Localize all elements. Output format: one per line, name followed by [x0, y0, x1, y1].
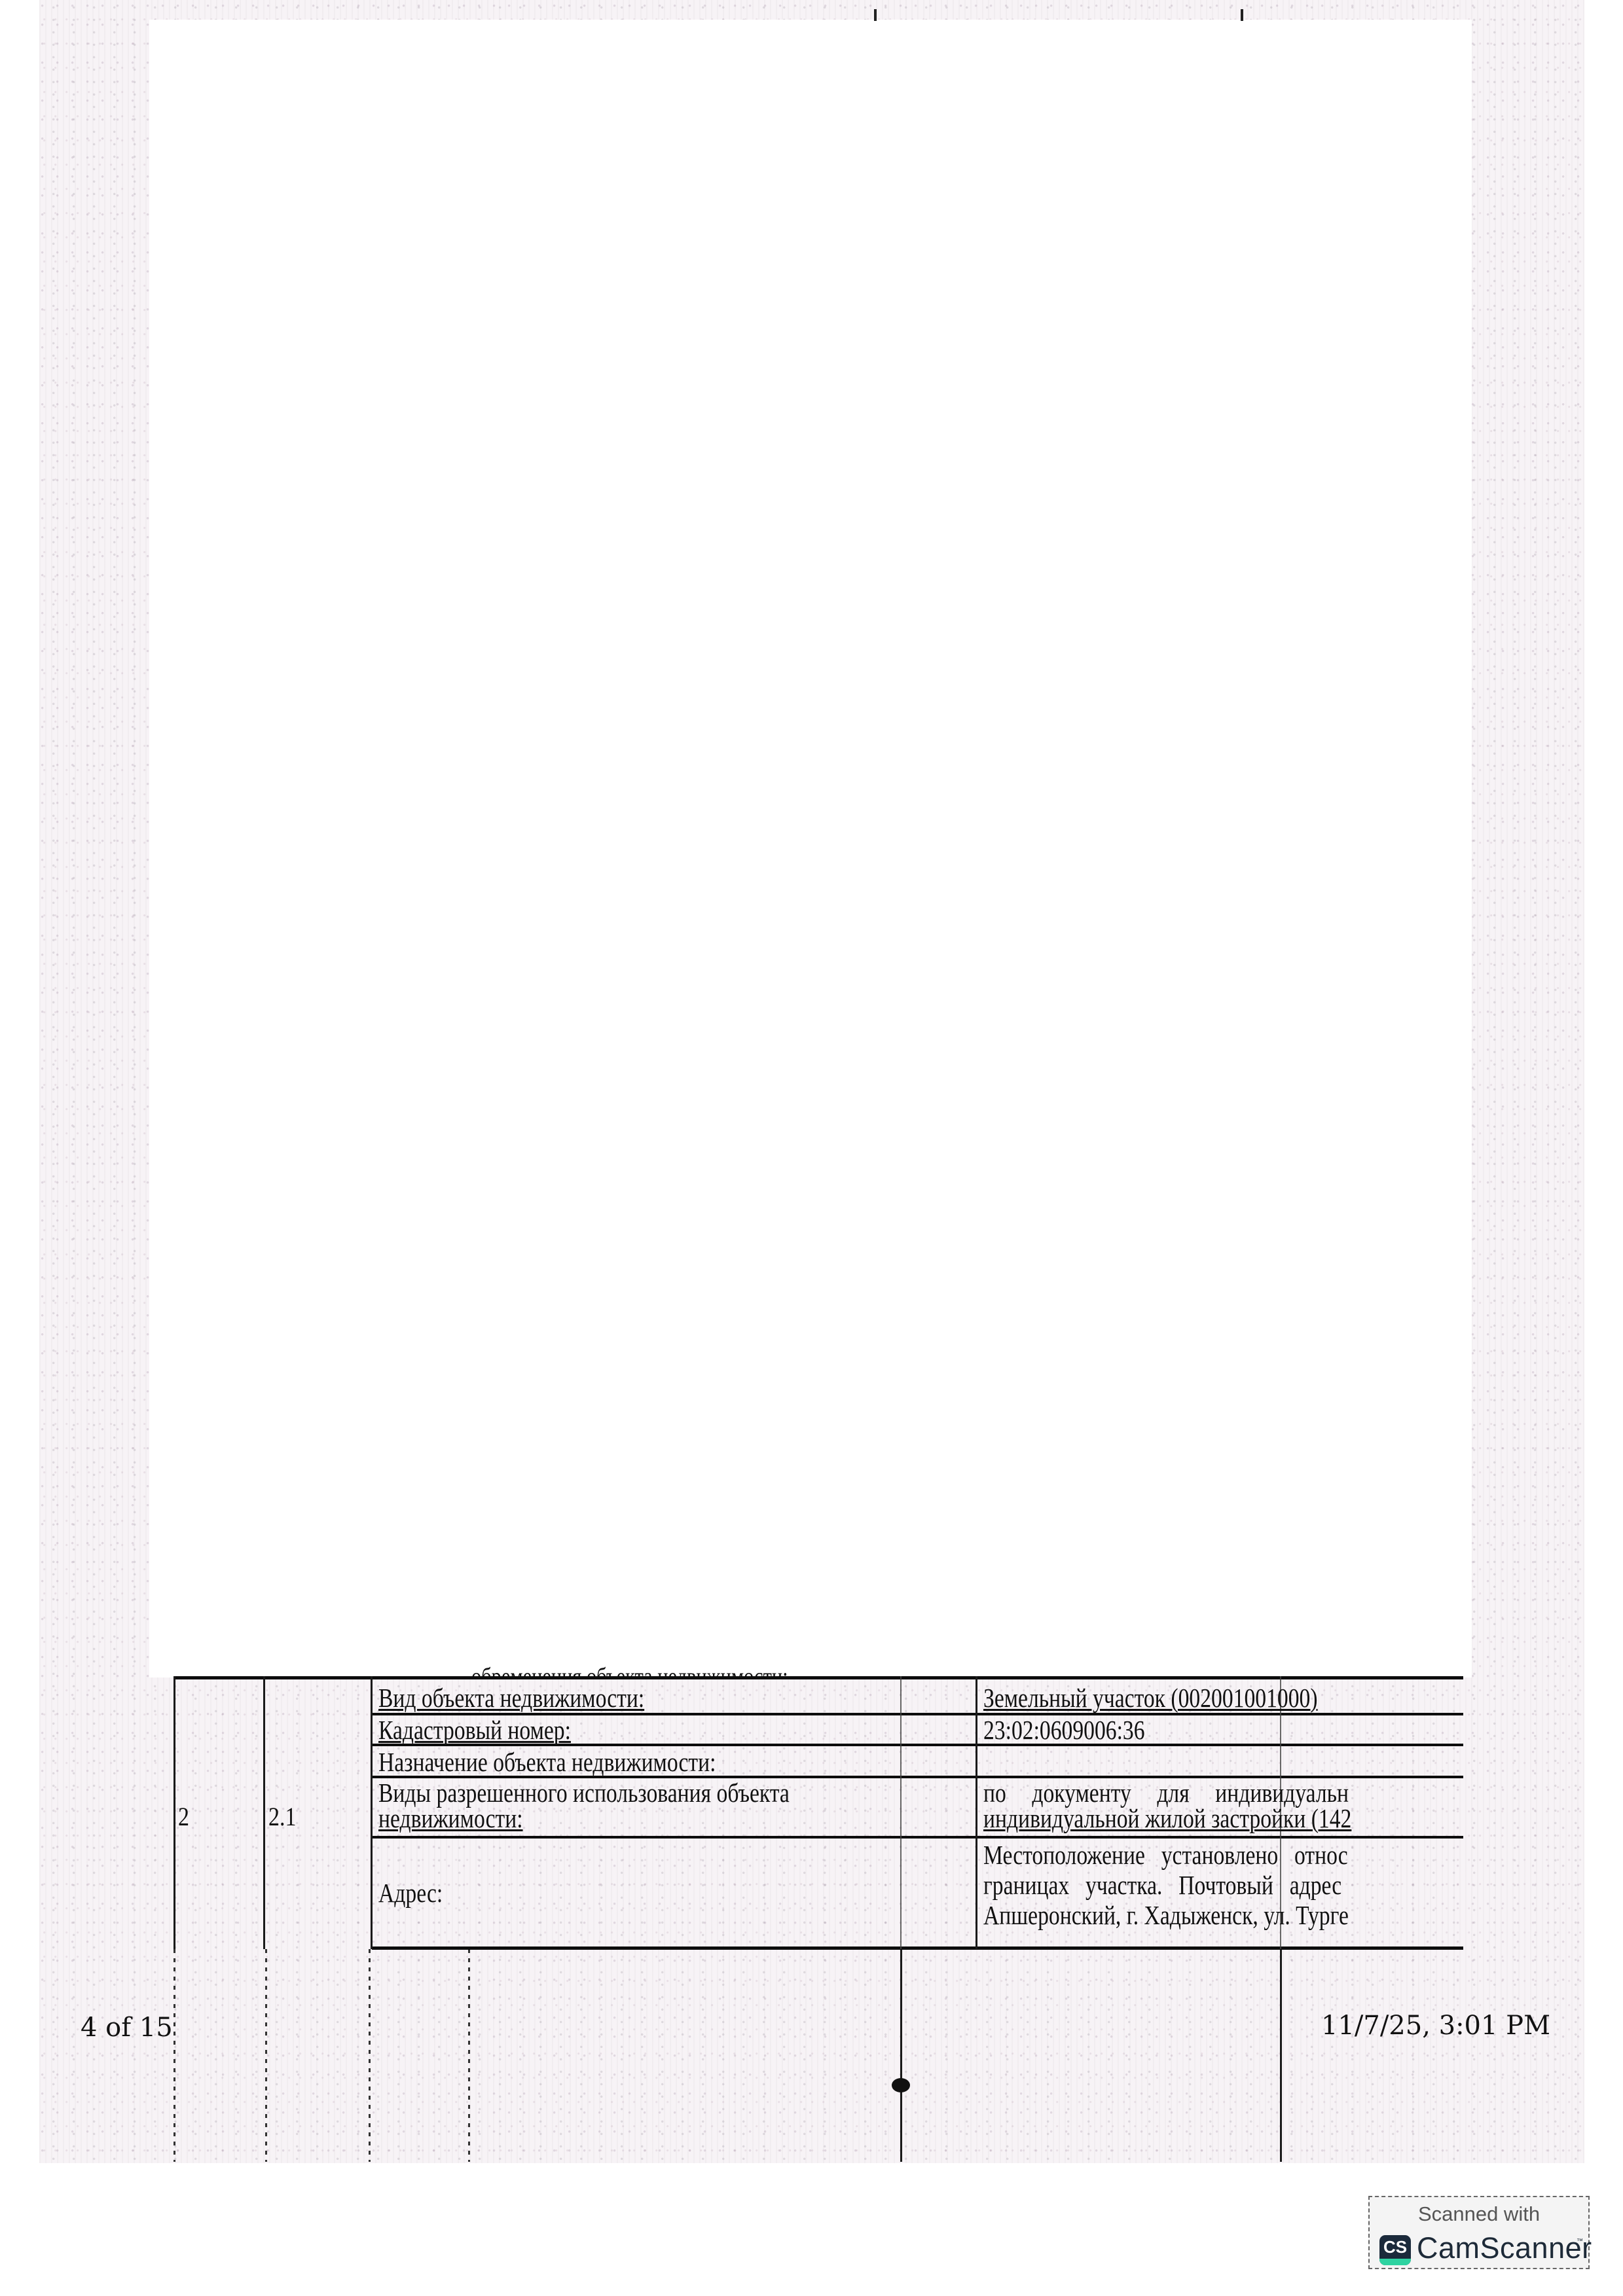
table-border	[263, 1676, 265, 1949]
field-label-permitted-use-cont: недвижимости:	[378, 1804, 523, 1833]
table-border-faint	[468, 1949, 470, 2162]
table-border-faint	[900, 1676, 902, 1949]
field-label-cadastral-number: Кадастровый номер:	[378, 1715, 571, 1744]
field-value-permitted-use-line2: индивидуальной жилой застройки (142	[983, 1804, 1351, 1833]
camscanner-watermark: Scanned with CS CamScanner ™	[1368, 2196, 1590, 2269]
table-border	[372, 1836, 1463, 1839]
table-border-faint	[900, 1949, 902, 2162]
field-value-address-line1: Местоположение установлено относ	[983, 1840, 1348, 1869]
row-number: 2	[178, 1801, 189, 1832]
field-label-address: Адрес:	[378, 1878, 443, 1907]
field-label-object-type: Вид объекта недвижимости:	[378, 1683, 644, 1712]
field-value-cadastral-number: 23:02:0609006:36	[983, 1715, 1145, 1744]
ink-smudge	[892, 2078, 910, 2092]
print-timestamp: 11/7/25, 3:01 PM	[1321, 2011, 1550, 2041]
field-value-address-line3: Апшеронский, г. Хадыженск, ул. Турге	[983, 1901, 1349, 1929]
watermark-brand: CamScanner	[1417, 2231, 1592, 2265]
page-indicator: 4 of 15	[81, 2013, 173, 2043]
clipped-heading: обременения объекта недвижимости:	[471, 1662, 788, 1677]
camscanner-logo-icon: CS	[1379, 2235, 1411, 2265]
table-border-faint	[265, 1949, 267, 2162]
scan-edge-mark	[874, 9, 877, 21]
table-border	[371, 1676, 373, 1949]
table-border	[976, 1676, 977, 1949]
table-border	[173, 1676, 1463, 1679]
table-border-faint	[1280, 1949, 1282, 2162]
table-border	[173, 1676, 175, 1949]
blank-page-area	[149, 20, 1472, 1677]
table-border-faint	[173, 1949, 175, 2162]
logo-text: CS	[1379, 2237, 1411, 2257]
watermark-caption: Scanned with	[1370, 2202, 1588, 2226]
table-border	[372, 1946, 1463, 1950]
field-value-object-type: Земельный участок (002001001000)	[983, 1683, 1318, 1712]
table-border-faint	[369, 1949, 371, 2162]
logo-accent	[1379, 2259, 1411, 2265]
sub-row-number: 2.1	[268, 1801, 297, 1832]
trademark-symbol: ™	[1577, 2238, 1583, 2245]
scan-edge-mark	[1241, 9, 1243, 21]
field-value-address-line2: границах участка. Почтовый адрес	[983, 1871, 1341, 1899]
field-label-purpose: Назначение объекта недвижимости:	[378, 1748, 716, 1776]
